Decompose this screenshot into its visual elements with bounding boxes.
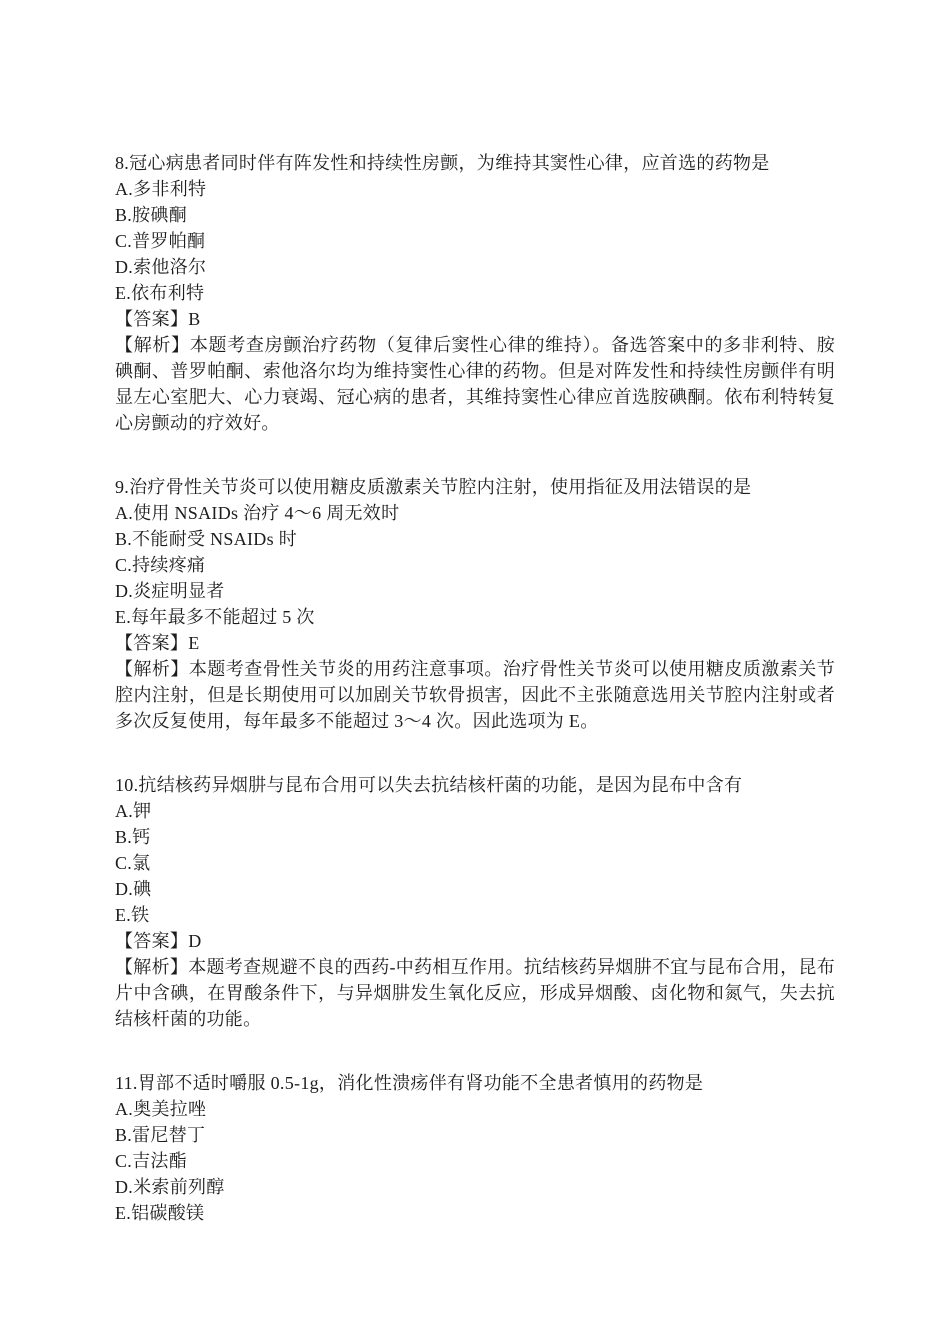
option-item: A.使用 NSAIDs 治疗 4～6 周无效时 (115, 500, 835, 526)
question-block-11: 11.胃部不适时嚼服 0.5-1g，消化性溃疡伴有肾功能不全患者慎用的药物是 A… (115, 1070, 835, 1226)
analysis-paragraph: 【解析】本题考查房颤治疗药物（复律后窦性心律的维持）。备选答案中的多非利特、胺碘… (115, 332, 835, 436)
analysis-text: 本题考查房颤治疗药物（复律后窦性心律的维持）。备选答案中的多非利特、胺碘酮、普罗… (115, 335, 835, 433)
option-item: A.多非利特 (115, 176, 835, 202)
option-item: B.雷尼替丁 (115, 1122, 835, 1148)
option-item: A.钾 (115, 798, 835, 824)
option-item: D.炎症明显者 (115, 578, 835, 604)
answer-value: B (188, 309, 200, 329)
answer-line: 【答案】E (115, 630, 835, 656)
analysis-label: 【解析】 (115, 659, 189, 679)
option-item: E.铁 (115, 902, 835, 928)
question-text: 9.治疗骨性关节炎可以使用糖皮质激素关节腔内注射，使用指征及用法错误的是 (115, 474, 835, 500)
option-item: B.钙 (115, 824, 835, 850)
question-text: 11.胃部不适时嚼服 0.5-1g，消化性溃疡伴有肾功能不全患者慎用的药物是 (115, 1070, 835, 1096)
analysis-paragraph: 【解析】本题考查骨性关节炎的用药注意事项。治疗骨性关节炎可以使用糖皮质激素关节腔… (115, 656, 835, 734)
answer-value: D (188, 931, 201, 951)
analysis-text: 本题考查骨性关节炎的用药注意事项。治疗骨性关节炎可以使用糖皮质激素关节腔内注射，… (115, 659, 835, 731)
analysis-label: 【解析】 (115, 335, 190, 355)
option-item: D.索他洛尔 (115, 254, 835, 280)
option-item: E.依布利特 (115, 280, 835, 306)
option-item: D.米索前列醇 (115, 1174, 835, 1200)
option-item: A.奥美拉唑 (115, 1096, 835, 1122)
option-item: B.不能耐受 NSAIDs 时 (115, 526, 835, 552)
option-item: C.吉法酯 (115, 1148, 835, 1174)
option-item: C.氯 (115, 850, 835, 876)
option-item: C.持续疼痛 (115, 552, 835, 578)
question-block-8: 8.冠心病患者同时伴有阵发性和持续性房颤，为维持其窦性心律，应首选的药物是 A.… (115, 150, 835, 436)
option-item: E.每年最多不能超过 5 次 (115, 604, 835, 630)
answer-label: 【答案】 (115, 309, 188, 329)
option-item: C.普罗帕酮 (115, 228, 835, 254)
analysis-text: 本题考查规避不良的西药-中药相互作用。抗结核药异烟肼不宜与昆布合用，昆布片中含碘… (115, 957, 835, 1029)
answer-line: 【答案】D (115, 928, 835, 954)
option-item: D.碘 (115, 876, 835, 902)
question-block-9: 9.治疗骨性关节炎可以使用糖皮质激素关节腔内注射，使用指征及用法错误的是 A.使… (115, 474, 835, 734)
answer-label: 【答案】 (115, 633, 188, 653)
document-page: 8.冠心病患者同时伴有阵发性和持续性房颤，为维持其窦性心律，应首选的药物是 A.… (0, 0, 950, 1344)
question-text: 10.抗结核药异烟肼与昆布合用可以失去抗结核杆菌的功能，是因为昆布中含有 (115, 772, 835, 798)
analysis-label: 【解析】 (115, 957, 188, 977)
option-item: E.铝碳酸镁 (115, 1200, 835, 1226)
question-text: 8.冠心病患者同时伴有阵发性和持续性房颤，为维持其窦性心律，应首选的药物是 (115, 150, 835, 176)
answer-line: 【答案】B (115, 306, 835, 332)
question-block-10: 10.抗结核药异烟肼与昆布合用可以失去抗结核杆菌的功能，是因为昆布中含有 A.钾… (115, 772, 835, 1032)
answer-value: E (188, 633, 199, 653)
answer-label: 【答案】 (115, 931, 188, 951)
analysis-paragraph: 【解析】本题考查规避不良的西药-中药相互作用。抗结核药异烟肼不宜与昆布合用，昆布… (115, 954, 835, 1032)
option-item: B.胺碘酮 (115, 202, 835, 228)
